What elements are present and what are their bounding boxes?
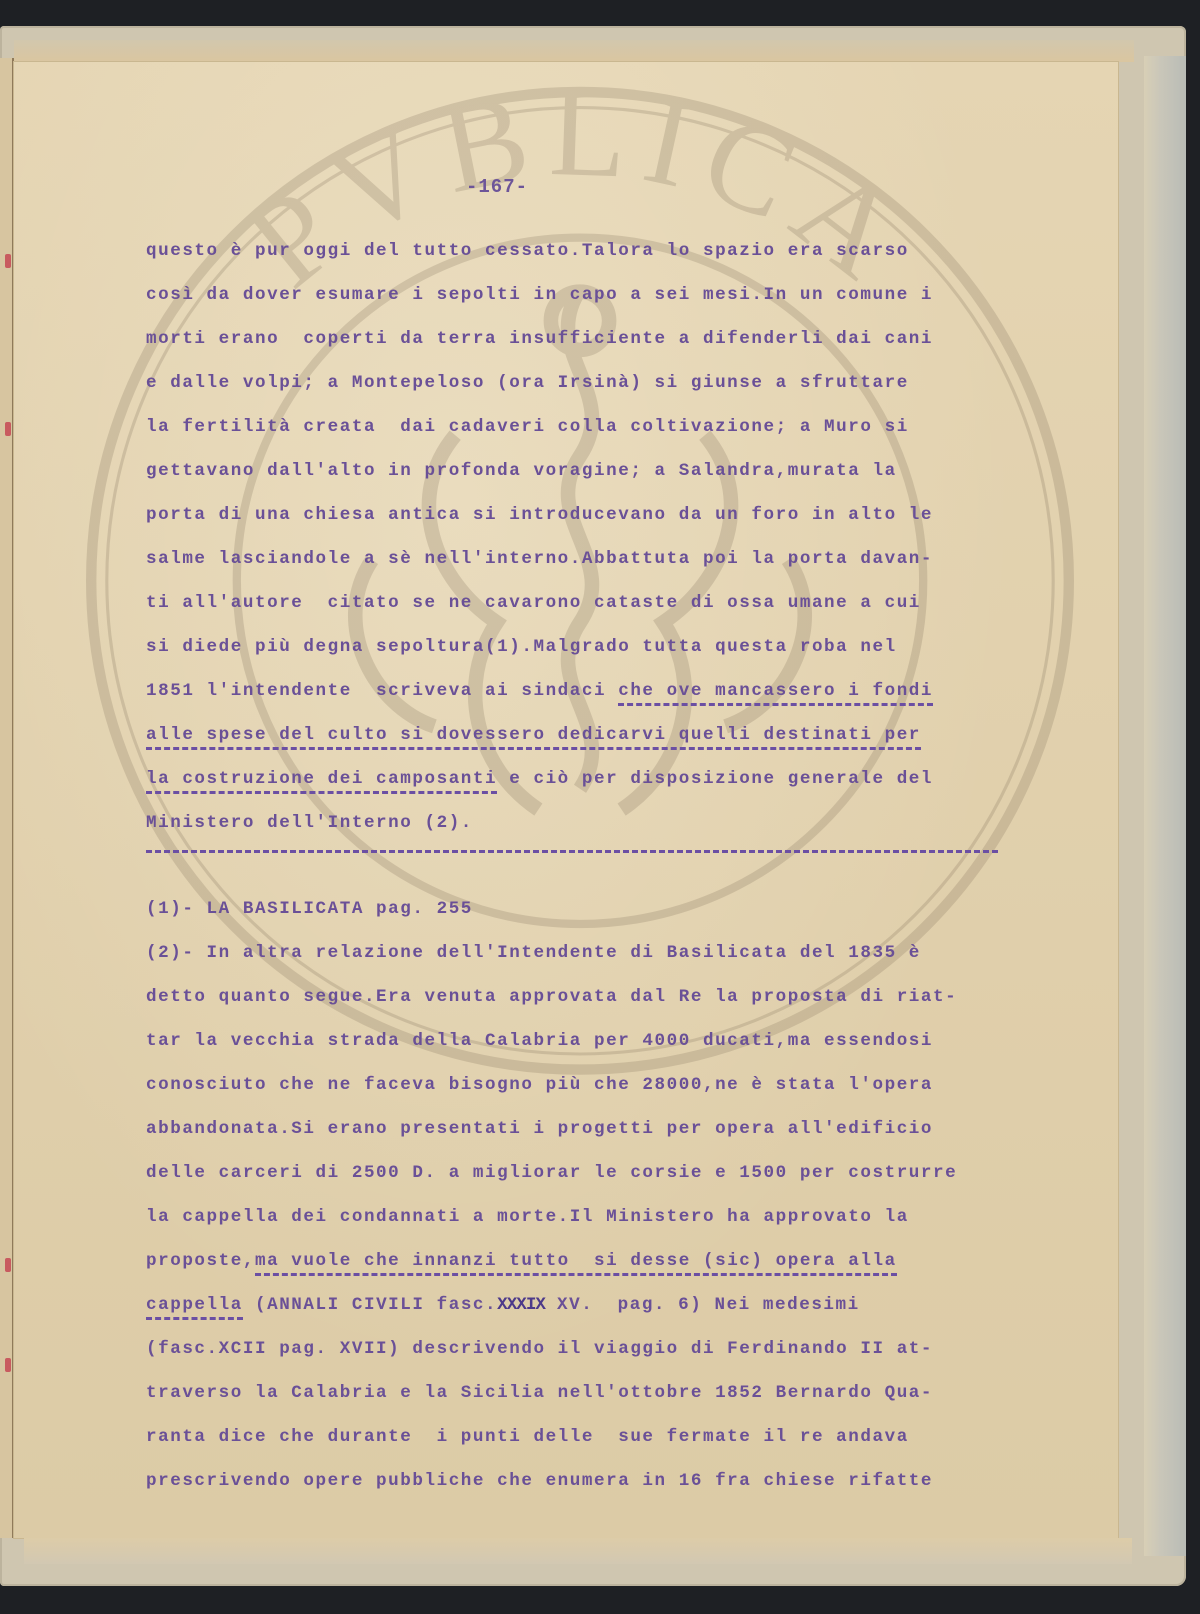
body-line: ti all'autore citato se ne cavarono cata… <box>146 593 921 613</box>
struck-out-text: XXXIX <box>497 1295 545 1315</box>
body-line: così da dover esumare i sepolti in capo … <box>146 285 933 305</box>
body-line: questo è pur oggi del tutto cessato.Talo… <box>146 241 909 261</box>
body-line-underlined: 1851 l'intendente scriveva ai sindaci ch… <box>146 681 933 701</box>
footnote-2-line: (fasc.XCII pag. XVII) descrivendo il via… <box>146 1339 933 1359</box>
body-line: la fertilità creata dai cadaveri colla c… <box>146 417 909 437</box>
footnote-2-line-citation: cappella (ANNALI CIVILI fasc.XXXIX XV. p… <box>146 1295 860 1315</box>
underlined-quote: la costruzione dei camposanti <box>146 769 497 794</box>
body-text: e ciò per disposizione generale del <box>497 769 933 789</box>
body-line: Ministero dell'Interno (2). <box>146 813 473 833</box>
body-text: 1851 l'intendente scriveva ai sindaci <box>146 681 618 701</box>
body-text: XV. pag. 6) Nei medesimi <box>545 1295 860 1315</box>
page-number: -167- <box>466 176 528 198</box>
footnote-2-line: prescrivendo opere pubbliche che enumera… <box>146 1471 933 1491</box>
body-line: morti erano coperti da terra insufficien… <box>146 329 933 349</box>
body-line: gettavano dall'alto in profonda voragine… <box>146 461 897 481</box>
footnote-2-line: traverso la Calabria e la Sicilia nell'o… <box>146 1383 933 1403</box>
footnote-2-line: tar la vecchia strada della Calabria per… <box>146 1031 933 1051</box>
body-line: salme lasciandole a sè nell'interno.Abba… <box>146 549 933 569</box>
body-line-underlined: alle spese del culto si dovessero dedica… <box>146 725 921 745</box>
body-line: porta di una chiesa antica si introducev… <box>146 505 933 525</box>
body-text: (ANNALI CIVILI fasc. <box>243 1295 497 1315</box>
footnote-separator <box>146 850 998 853</box>
footnote-2-line: la cappella dei condannati a morte.Il Mi… <box>146 1207 909 1227</box>
underlined-quote: che ove mancassero i fondi <box>618 681 933 706</box>
underlined-word: cappella <box>146 1295 243 1320</box>
body-text: proposte, <box>146 1251 255 1271</box>
body-line: e dalle volpi; a Montepeloso (ora Irsinà… <box>146 373 909 393</box>
footnote-2-line: conosciuto che ne faceva bisogno più che… <box>146 1075 933 1095</box>
underlined-quote: ma vuole che innanzi tutto si desse (sic… <box>255 1251 897 1276</box>
body-line-underlined: la costruzione dei camposanti e ciò per … <box>146 769 933 789</box>
page-content: -167- questo è pur oggi del tutto cessat… <box>0 0 1200 1614</box>
footnote-2-line: abbandonata.Si erano presentati i proget… <box>146 1119 933 1139</box>
footnote-2-line: ranta dice che durante i punti delle sue… <box>146 1427 909 1447</box>
footnote-1: (1)- LA BASILICATA pag. 255 <box>146 899 473 919</box>
body-line: si diede più degna sepoltura(1).Malgrado… <box>146 637 897 657</box>
footnote-2-line: delle carceri di 2500 D. a migliorar le … <box>146 1163 957 1183</box>
footnote-2-line: (2)- In altra relazione dell'Intendente … <box>146 943 921 963</box>
footnote-2-line: detto quanto segue.Era venuta approvata … <box>146 987 957 1007</box>
underlined-quote: alle spese del culto si dovessero dedica… <box>146 725 921 750</box>
footnote-2-line-underlined: proposte,ma vuole che innanzi tutto si d… <box>146 1251 897 1271</box>
